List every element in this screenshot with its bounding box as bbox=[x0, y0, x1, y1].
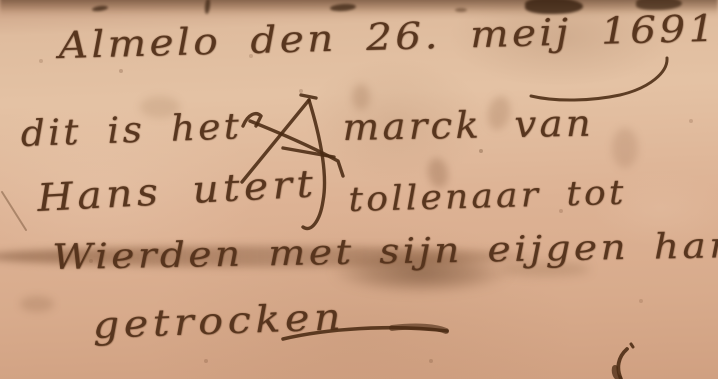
handwriting-line-4: Wierden met sijn eijgen hand bbox=[52, 226, 718, 278]
bleed-through-stain bbox=[612, 128, 638, 168]
left-edge-scratch bbox=[2, 192, 26, 230]
manuscript-photo: Almelo den 26. meij 1691, dit is het mar… bbox=[0, 0, 718, 379]
handwriting-line-3-right: tollenaar tot bbox=[348, 173, 627, 220]
handwriting-line-3-left: Hans utert bbox=[36, 161, 318, 220]
bleed-through-stain bbox=[20, 296, 54, 312]
dateline-flourish bbox=[531, 58, 667, 100]
handwriting-line-2-left: dit is het bbox=[20, 106, 243, 155]
ink-remnant bbox=[455, 8, 467, 12]
bottom-right-ink-blot bbox=[615, 344, 633, 379]
paper-specks bbox=[0, 0, 2, 2]
getrocken-dash-thick-end bbox=[392, 327, 446, 331]
handwriting-line-2-right: marck van bbox=[342, 102, 594, 149]
handwriting-line-5: getrocken bbox=[92, 295, 346, 347]
